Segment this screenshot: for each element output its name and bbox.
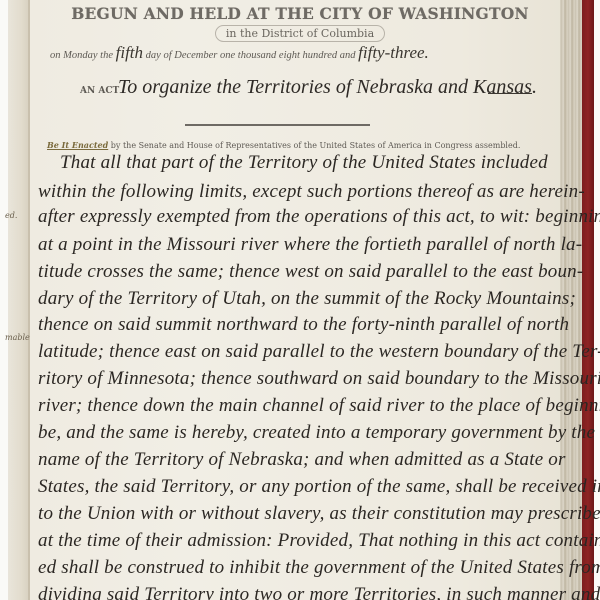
enacting-clause: Be It Enacted by the Senate and House of…: [47, 140, 520, 150]
body-line: latitude; thence east on said parallel t…: [38, 341, 600, 363]
body-line: within the following limits, except such…: [38, 181, 585, 203]
body-line: thence on said summit northward to the f…: [38, 314, 569, 336]
date-day: fifth: [116, 43, 143, 62]
body-line: at the time of their admission: Provided…: [38, 530, 600, 552]
date-year: fifty-three.: [358, 43, 429, 62]
body-line: be, and the same is hereby, created into…: [38, 422, 595, 444]
margin-note: mable: [5, 333, 30, 342]
enacting-lead: Be It Enacted: [47, 140, 108, 150]
date-middle: day of December one thousand eight hundr…: [146, 50, 356, 61]
date-line: on Monday the fifth day of December one …: [50, 43, 429, 63]
body-line: titude crosses the same; thence west on …: [38, 261, 583, 283]
header-subtitle: in the District of Columbia: [0, 27, 600, 40]
header-title: BEGUN AND HELD AT THE CITY OF WASHINGTON: [0, 4, 600, 23]
body-line: States, the said Territory, or any porti…: [38, 476, 600, 498]
enacting-rest: by the Senate and House of Representativ…: [111, 141, 521, 150]
date-prefix: on Monday the: [50, 50, 113, 61]
body-line: That all that part of the Territory of t…: [60, 152, 548, 174]
body-line: ritory of Minnesota; thence southward on…: [38, 368, 600, 390]
separator-rule: [185, 124, 370, 126]
body-line: river; thence down the main channel of s…: [38, 395, 600, 417]
act-title-rule: [488, 93, 532, 94]
margin-note: ed.: [5, 211, 17, 220]
body-line: name of the Territory of Nebraska; and w…: [38, 449, 566, 471]
body-line: to the Union with or without slavery, as…: [38, 503, 600, 525]
body-line: at a point in the Missouri river where t…: [38, 234, 582, 256]
act-title: To organize the Territories of Nebraska …: [118, 76, 537, 99]
body-line: dividing said Territory into two or more…: [38, 584, 600, 600]
body-line: after expressly exempted from the operat…: [38, 206, 600, 228]
body-line: ed shall be construed to inhibit the gov…: [38, 557, 600, 579]
act-label: AN ACT: [80, 86, 119, 96]
photo-border-left: [0, 0, 8, 600]
body-line: dary of the Territory of Utah, on the su…: [38, 288, 576, 310]
binding-gutter: [8, 0, 30, 600]
header-subtitle-text: in the District of Columbia: [215, 25, 385, 42]
